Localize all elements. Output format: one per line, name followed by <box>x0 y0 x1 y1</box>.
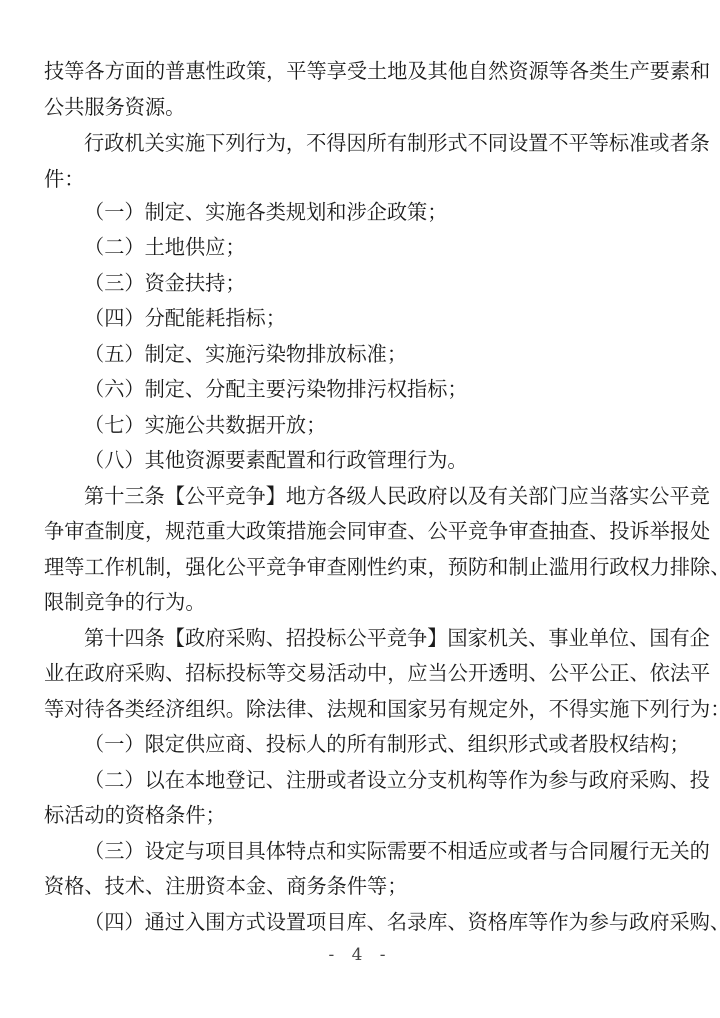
text-line: （三）资金扶持； <box>84 270 676 296</box>
text-line: 理等工作机制，强化公平竞争审查刚性约束，预防和制止滥用行政权力排除、 <box>44 554 676 580</box>
text-line: 件： <box>44 166 676 192</box>
text-line: （三）设定与项目具体特点和实际需要不相适应或者与合同履行无关的 <box>84 838 676 864</box>
page-number: - 4 - <box>0 945 720 965</box>
text-line: （二）土地供应； <box>84 234 676 260</box>
text-line: （一）限定供应商、投标人的所有制形式、组织形式或者股权结构； <box>84 731 676 757</box>
text-line: 资格、技术、注册资本金、商务条件等； <box>44 873 676 899</box>
text-line: （八）其他资源要素配置和行政管理行为。 <box>84 447 676 473</box>
text-line: 第十三条【公平竞争】地方各级人民政府以及有关部门应当落实公平竞 <box>84 483 676 509</box>
text-line: 行政机关实施下列行为，不得因所有制形式不同设置不平等标准或者条 <box>84 130 676 156</box>
text-line: （六）制定、分配主要污染物排污权指标； <box>84 376 676 402</box>
text-line: （四）分配能耗指标； <box>84 305 676 331</box>
text-line: （二）以在本地登记、注册或者设立分支机构等作为参与政府采购、投 <box>84 767 676 793</box>
text-line: 公共服务资源。 <box>44 94 676 120</box>
text-line: 业在政府采购、招标投标等交易活动中，应当公开透明、公平公正、依法平 <box>44 660 676 686</box>
text-line: 技等各方面的普惠性政策，平等享受土地及其他自然资源等各类生产要素和 <box>44 58 676 84</box>
text-line: 等对待各类经济组织。除法律、法规和国家另有规定外，不得实施下列行为： <box>44 696 676 722</box>
text-line: （五）制定、实施污染物排放标准； <box>84 341 676 367</box>
text-line: 限制竞争的行为。 <box>44 589 676 615</box>
text-line: （一）制定、实施各类规划和涉企政策； <box>84 199 676 225</box>
document-page: 技等各方面的普惠性政策，平等享受土地及其他自然资源等各类生产要素和公共服务资源。… <box>0 0 720 1018</box>
text-line: （四）通过入围方式设置项目库、名录库、资格库等作为参与政府采购、 <box>84 909 676 935</box>
text-line: （七）实施公共数据开放； <box>84 412 676 438</box>
text-line: 标活动的资格条件； <box>44 802 676 828</box>
text-line: 争审查制度，规范重大政策措施会同审查、公平竞争审查抽查、投诉举报处 <box>44 518 676 544</box>
text-line: 第十四条【政府采购、招投标公平竞争】国家机关、事业单位、国有企 <box>84 625 676 651</box>
